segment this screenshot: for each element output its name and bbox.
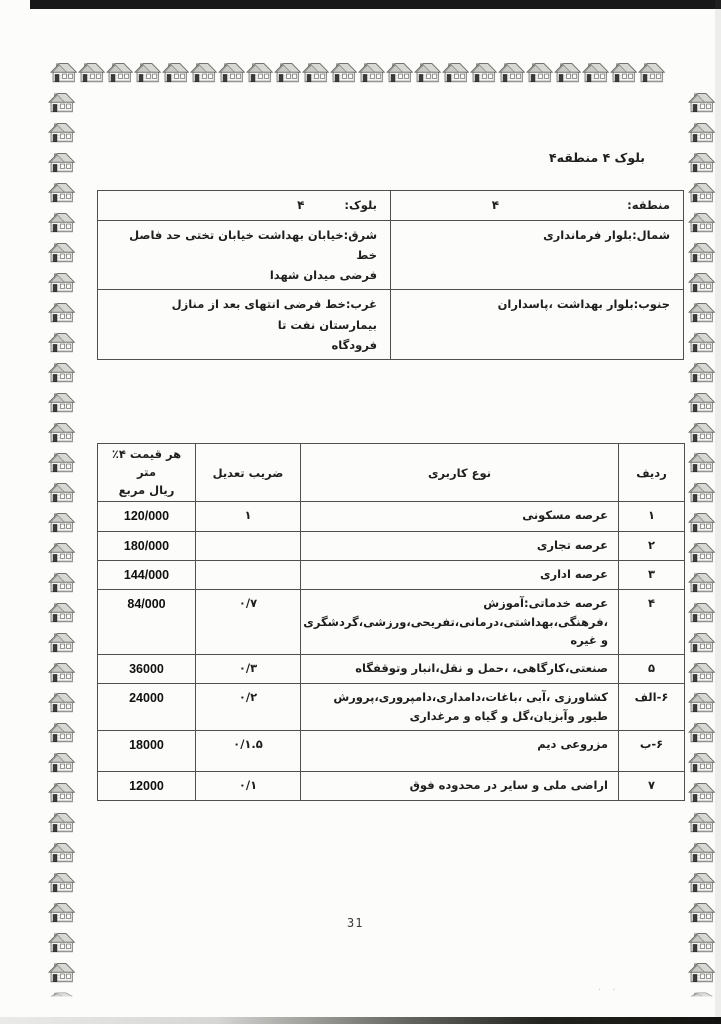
house-icon: [48, 182, 75, 203]
house-icon: [688, 482, 715, 503]
usage-type-header: نوع کاربری: [301, 444, 619, 502]
house-icon: [688, 602, 715, 623]
house-icon: [48, 782, 75, 803]
north-boundary-cell: شمال:بلوار فرمانداری: [391, 221, 684, 290]
house-icon: [688, 362, 715, 383]
house-icon: [48, 872, 75, 893]
house-icon: [554, 62, 581, 83]
west-boundary-cell: غرب:خط فرضی انتهای بعد از منازل بیمارستا…: [98, 290, 391, 359]
house-icon: [442, 62, 469, 83]
adjustment-coefficient-cell: ۰/۲: [196, 684, 301, 730]
house-icon: [48, 812, 75, 833]
house-icon: [330, 62, 357, 83]
house-icon: [48, 542, 75, 563]
house-border-left: [48, 92, 75, 1000]
house-icon: [78, 62, 105, 83]
house-icon: [274, 62, 301, 83]
row-number-header: ردیف: [619, 444, 685, 502]
price-table-row: ۷اراضی ملی و سایر در محدوده فوق۰/۱12000: [98, 771, 685, 800]
info-row-south-west: جنوب:بلوار بهداشت ،پاسداران غرب:خط فرضی …: [98, 290, 684, 359]
price-cell: 120/000: [98, 502, 196, 531]
price-header-line: مربعریال: [104, 482, 190, 500]
adjustment-coefficient-cell: ۰/۷: [196, 590, 301, 655]
row-number-cell: ۷: [619, 771, 685, 800]
price-cell: 36000: [98, 655, 196, 684]
scan-edge-right: [715, 0, 721, 1024]
price-cell: 24000: [98, 684, 196, 730]
house-icon: [48, 662, 75, 683]
usage-type-cell: صنعتی،کارگاهی، ،حمل و نقل،انبار وتوقفگاه: [301, 655, 619, 684]
row-number-cell: ۳: [619, 560, 685, 589]
adjustment-coefficient-cell: ۰/۳: [196, 655, 301, 684]
usage-type-cell: اراضی ملی و سایر در محدوده فوق: [301, 771, 619, 800]
house-icon: [688, 512, 715, 533]
house-icon: [48, 272, 75, 293]
price-cell: 180/000: [98, 531, 196, 560]
house-icon: [48, 572, 75, 593]
house-icon: [48, 152, 75, 173]
house-icon: [48, 902, 75, 923]
page-title: بلوک ۴ منطقه۴: [549, 150, 645, 165]
house-icon: [688, 662, 715, 683]
region-value: ۴: [492, 195, 499, 216]
block-cell: بلوک: ۴: [98, 191, 391, 221]
row-number-cell: ۶-ب: [619, 730, 685, 771]
house-icon: [48, 332, 75, 353]
region-label: منطقه:: [627, 195, 670, 215]
house-icon: [688, 212, 715, 233]
house-icon: [688, 932, 715, 953]
house-icon: [162, 62, 189, 83]
house-icon: [48, 752, 75, 773]
house-icon: [688, 632, 715, 653]
house-icon: [688, 752, 715, 773]
price-cell: 84/000: [98, 590, 196, 655]
row-number-cell: ۴: [619, 590, 685, 655]
south-boundary-cell: جنوب:بلوار بهداشت ،پاسداران: [391, 290, 684, 359]
house-icon: [48, 512, 75, 533]
east-boundary-cell: شرق:خیابان بهداشت خیابان تختی حد فاصل خط…: [98, 221, 391, 290]
house-icon: [688, 902, 715, 923]
house-icon: [688, 992, 715, 996]
house-icon: [106, 62, 133, 83]
price-table-row: ۶-بمزروعی دیم۰/۱.۵18000: [98, 730, 685, 771]
info-row-north-east: شمال:بلوار فرمانداری شرق:خیابان بهداشت خ…: [98, 221, 684, 290]
price-table-row: ۶-الفکشاورزی ،آبی ،باغات،دامداری،دامپرور…: [98, 684, 685, 730]
info-row-ids: منطقه: ۴ بلوک: ۴: [98, 191, 684, 221]
house-icon: [638, 62, 665, 83]
house-icon: [688, 152, 715, 173]
price-table-row: ۱عرصه مسکونی۱120/000: [98, 502, 685, 531]
price-cell: 18000: [98, 730, 196, 771]
adjustment-coefficient-header: ضریب تعدیل: [196, 444, 301, 502]
house-icon: [50, 62, 77, 83]
house-icon: [386, 62, 413, 83]
usage-type-cell: عرصه خدماتی:آموزش ،فرهنگی،بهداشتی،درمانی…: [301, 590, 619, 655]
price-table-row: ۴عرصه خدماتی:آموزش ،فرهنگی،بهداشتی،درمان…: [98, 590, 685, 655]
house-icon: [48, 452, 75, 473]
house-icon: [134, 62, 161, 83]
house-icon: [48, 962, 75, 983]
house-icon: [190, 62, 217, 83]
house-icon: [48, 632, 75, 653]
house-icon: [688, 242, 715, 263]
adjustment-coefficient-cell: ۰/۱.۵: [196, 730, 301, 771]
house-icon: [688, 122, 715, 143]
usage-type-cell: عرصه تجاری: [301, 531, 619, 560]
adjustment-coefficient-cell: ۱: [196, 502, 301, 531]
house-icon: [688, 542, 715, 563]
house-icon: [582, 62, 609, 83]
usage-type-cell: کشاورزی ،آبی ،باغات،دامداری،دامپروری،پرو…: [301, 684, 619, 730]
region-cell: منطقه: ۴: [391, 191, 684, 221]
house-icon: [688, 962, 715, 983]
house-icon: [498, 62, 525, 83]
adjustment-coefficient-cell: [196, 560, 301, 589]
usage-type-cell: عرصه اداری: [301, 560, 619, 589]
house-icon: [48, 722, 75, 743]
row-number-cell: ۵: [619, 655, 685, 684]
price-per-meter-header: ٪۴قیمتهرمترمربعریال: [98, 444, 196, 502]
house-icon: [688, 782, 715, 803]
house-icon: [688, 722, 715, 743]
price-table-row: ۲عرصه تجاری180/000: [98, 531, 685, 560]
house-icon: [688, 182, 715, 203]
house-icon: [48, 302, 75, 323]
land-price-table: ردیف نوع کاربری ضریب تعدیل ٪۴قیمتهرمترمر…: [97, 443, 685, 801]
house-icon: [688, 572, 715, 593]
house-icon: [48, 932, 75, 953]
house-icon: [48, 422, 75, 443]
house-icon: [48, 212, 75, 233]
house-icon: [688, 422, 715, 443]
house-icon: [48, 392, 75, 413]
house-icon: [48, 992, 75, 996]
block-info-table: منطقه: ۴ بلوک: ۴ شمال:بلوار فرمانداری شر…: [97, 190, 684, 360]
house-icon: [48, 482, 75, 503]
row-number-cell: ۲: [619, 531, 685, 560]
house-icon: [48, 92, 75, 113]
house-icon: [48, 602, 75, 623]
house-icon: [48, 842, 75, 863]
house-icon: [688, 392, 715, 413]
house-icon: [470, 62, 497, 83]
price-cell: 144/000: [98, 560, 196, 589]
house-icon: [414, 62, 441, 83]
house-icon: [688, 92, 715, 113]
house-icon: [48, 242, 75, 263]
scan-edge-top: [30, 0, 721, 9]
adjustment-coefficient-cell: ۰/۱: [196, 771, 301, 800]
scan-edge-bottom: [0, 1017, 721, 1024]
house-icon: [688, 842, 715, 863]
usage-type-cell: مزروعی دیم: [301, 730, 619, 771]
house-icon: [688, 872, 715, 893]
house-border-right: [688, 92, 715, 1000]
house-icon: [688, 272, 715, 293]
row-number-cell: ۱: [619, 502, 685, 531]
house-icon: [526, 62, 553, 83]
price-header-line: ٪۴قیمتهرمتر: [104, 446, 190, 482]
price-table-row: ۵صنعتی،کارگاهی، ،حمل و نقل،انبار وتوقفگا…: [98, 655, 685, 684]
adjustment-coefficient-cell: [196, 531, 301, 560]
house-icon: [48, 362, 75, 383]
usage-type-cell: عرصه مسکونی: [301, 502, 619, 531]
block-value: ۴: [297, 195, 304, 216]
house-border-top: [50, 62, 665, 83]
house-icon: [218, 62, 245, 83]
house-icon: [246, 62, 273, 83]
house-icon: [688, 452, 715, 473]
house-icon: [302, 62, 329, 83]
row-number-cell: ۶-الف: [619, 684, 685, 730]
scanned-document-page: بلوک ۴ منطقه۴ منطقه: ۴ بلوک: ۴ شمال:بلوا…: [0, 0, 721, 1024]
price-table-row: ۳عرصه اداری144/000: [98, 560, 685, 589]
house-icon: [358, 62, 385, 83]
house-icon: [688, 332, 715, 353]
price-table-header-row: ردیف نوع کاربری ضریب تعدیل ٪۴قیمتهرمترمر…: [98, 444, 685, 502]
block-label: بلوک:: [344, 195, 377, 215]
house-icon: [610, 62, 637, 83]
house-icon: [48, 692, 75, 713]
scan-artifact-dots: . .: [598, 982, 620, 993]
house-icon: [48, 122, 75, 143]
house-icon: [688, 812, 715, 833]
price-cell: 12000: [98, 771, 196, 800]
house-icon: [688, 692, 715, 713]
page-number: 31: [347, 916, 363, 930]
house-icon: [688, 302, 715, 323]
